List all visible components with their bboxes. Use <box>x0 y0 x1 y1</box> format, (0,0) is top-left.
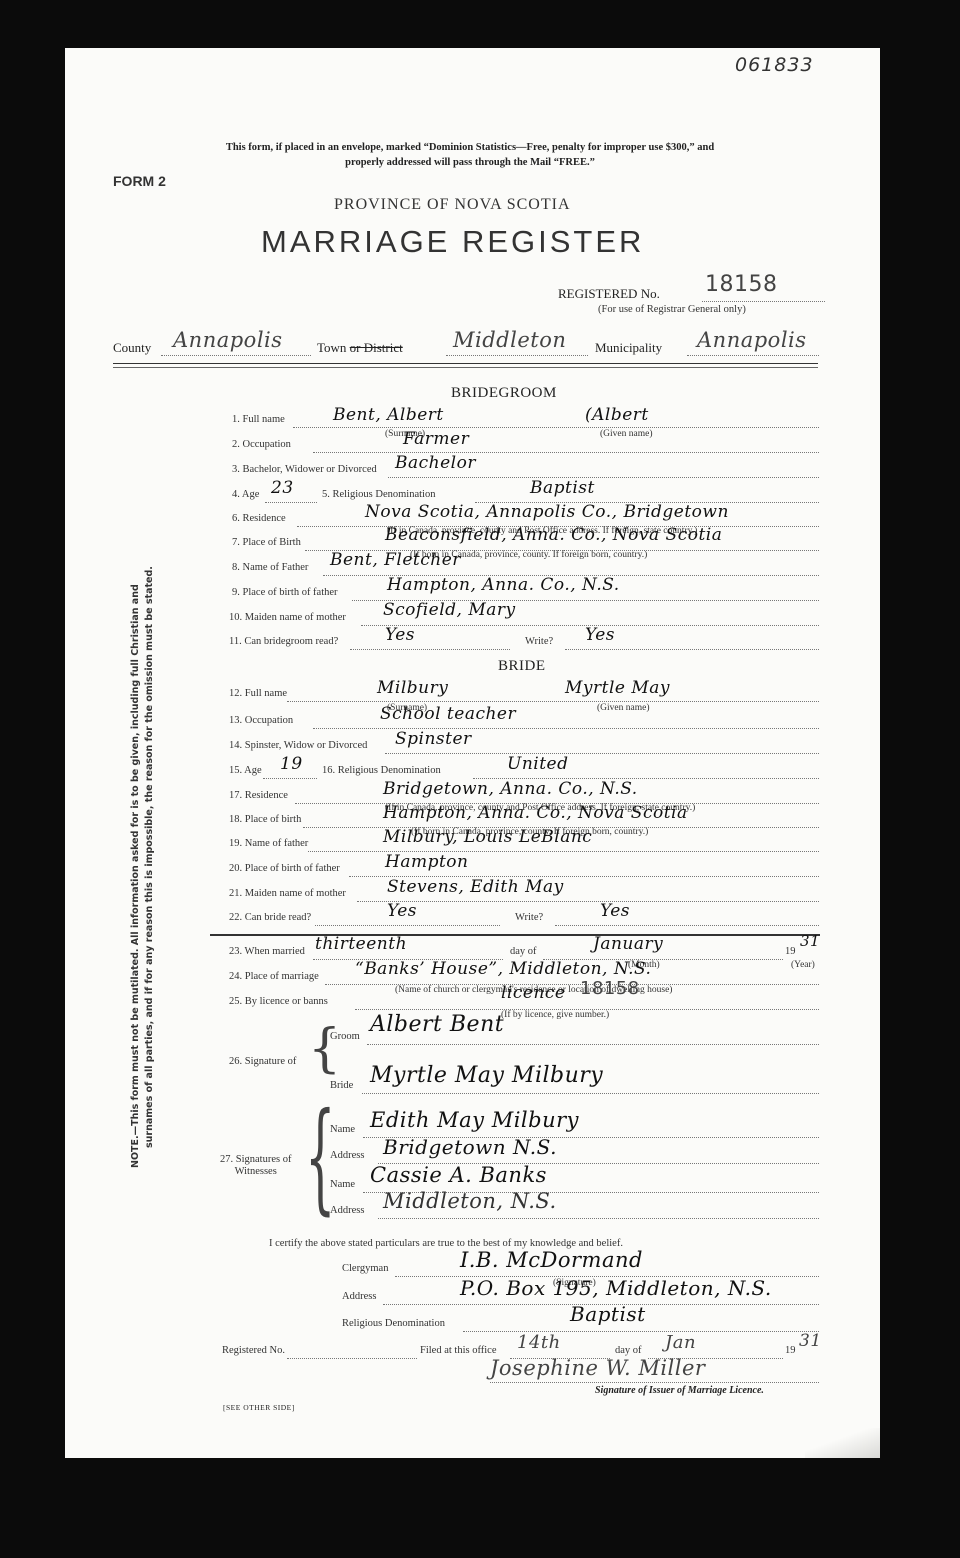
witness-2-name-label: Name <box>330 1179 355 1190</box>
filing-registered-number-label: Registered No. <box>222 1345 285 1356</box>
groom-occupation-value: Farmer <box>403 429 469 449</box>
licence-or-banns-label: 25. By licence or banns <box>229 996 328 1007</box>
groom-age-value: 23 <box>271 478 294 498</box>
town-label-text: Town <box>317 340 350 355</box>
registered-number-label: REGISTERED No. <box>558 286 660 302</box>
registrar-note: (For use of Registrar General only) <box>598 304 746 315</box>
witness-2-address-label: Address <box>330 1205 364 1216</box>
bride-religion-label: 16. Religious Denomination <box>322 765 441 776</box>
witness-2-address-line <box>378 1218 819 1219</box>
groom-occupation-line <box>313 452 819 453</box>
filing-registered-number-line <box>287 1358 417 1359</box>
form-number: FORM 2 <box>113 173 166 189</box>
when-married-month-value: January <box>593 934 663 954</box>
bridegroom-heading: BRIDEGROOM <box>451 385 557 402</box>
groom-surname-value: Bent, Albert <box>333 405 444 425</box>
groom-full-name-label: 1. Full name <box>232 414 285 425</box>
filed-year-value: 31 <box>799 1331 822 1351</box>
bride-full-name-label: 12. Full name <box>229 688 287 699</box>
witness-1-name-value: Edith May Milbury <box>370 1108 579 1132</box>
groom-marital-status-label: 3. Bachelor, Widower or Divorced <box>232 464 377 475</box>
groom-father-birthplace-value: Hampton, Anna. Co., N.S. <box>387 575 620 595</box>
bride-occupation-line <box>313 728 819 729</box>
when-married-label: 23. When married <box>229 946 305 957</box>
bride-can-write-label: Write? <box>515 912 543 923</box>
bride-mother-maiden-name-value: Stevens, Edith May <box>387 877 564 897</box>
witnesses-label-line-2: Witnesses <box>220 1166 291 1178</box>
groom-can-read-value: Yes <box>385 625 415 645</box>
filed-day-value: 14th <box>517 1332 561 1353</box>
witness-2-address-value: Middleton, N.S. <box>383 1189 557 1213</box>
bride-age-value: 19 <box>280 754 303 774</box>
side-note-line-1: NOTE.—This form must not be mutilated. A… <box>129 566 143 1168</box>
bride-mother-maiden-name-line <box>357 901 819 902</box>
groom-signature-value: Albert Bent <box>370 1012 504 1037</box>
witness-2-name-value: Cassie A. Banks <box>370 1163 547 1187</box>
bride-birthplace-value: Hampton, Anna. Co., Nova Scotia <box>383 803 688 823</box>
groom-full-name-line <box>293 427 819 428</box>
groom-birthplace-value: Beaconsfield, Anna. Co., Nova Scotia <box>385 525 722 545</box>
filed-year-prefix: 19 <box>785 1345 796 1356</box>
signature-of-label: 26. Signature of <box>229 1056 296 1067</box>
issuer-signature-line <box>490 1382 819 1383</box>
issuer-signature-caption: Signature of Issuer of Marriage Licence. <box>595 1385 764 1396</box>
groom-signature-label: Groom <box>330 1031 360 1042</box>
county-value: Annapolis <box>173 328 283 352</box>
bride-can-write-value: Yes <box>600 901 630 921</box>
groom-can-write-line <box>565 649 819 650</box>
bride-can-write-line <box>555 925 819 926</box>
groom-signature-line <box>367 1044 819 1045</box>
clergyman-label: Clergyman <box>342 1263 388 1274</box>
mail-notice-line-1: This form, if placed in an envelope, mar… <box>150 140 790 155</box>
year-caption: (Year) <box>791 960 815 970</box>
bride-father-name-value: Milbury, Louis LeBlanc <box>383 827 592 847</box>
bride-given-name-value: Myrtle May <box>565 678 670 698</box>
groom-marital-status-value: Bachelor <box>395 453 476 473</box>
groom-given-name-caption: (Given name) <box>600 429 653 439</box>
groom-can-read-line <box>350 649 510 650</box>
groom-can-read-label: 11. Can bridegroom read? <box>229 636 338 647</box>
place-of-marriage-label: 24. Place of marriage <box>229 971 319 982</box>
bride-mother-maiden-name-label: 21. Maiden name of mother <box>229 888 346 899</box>
clergyman-denomination-value: Baptist <box>570 1302 646 1326</box>
groom-father-birthplace-label: 9. Place of birth of father <box>232 587 338 598</box>
bride-section-divider <box>210 934 820 936</box>
witness-1-address-value: Bridgetown N.S. <box>383 1135 557 1159</box>
see-other-side-note: [SEE OTHER SIDE] <box>223 1403 295 1412</box>
bride-heading: BRIDE <box>498 658 546 675</box>
place-of-marriage-value: “Banks’ House”, Middleton, N.S. <box>355 959 651 979</box>
bride-father-birthplace-value: Hampton <box>385 852 468 872</box>
clergyman-denomination-label: Religious Denomination <box>342 1318 445 1329</box>
county-label: County <box>113 340 151 356</box>
bride-religion-value: United <box>507 754 569 774</box>
groom-marital-status-line <box>388 477 819 478</box>
groom-residence-value: Nova Scotia, Annapolis Co., Bridgetown <box>365 502 729 522</box>
bride-residence-label: 17. Residence <box>229 790 288 801</box>
bride-signature-line <box>362 1093 819 1094</box>
municipality-label: Municipality <box>595 340 662 356</box>
clergyman-address-label: Address <box>342 1291 376 1302</box>
bride-can-read-label: 22. Can bride read? <box>229 912 311 923</box>
groom-father-name-value: Bent, Fletcher <box>330 550 461 570</box>
witness-1-name-label: Name <box>330 1124 355 1135</box>
bride-can-read-line <box>315 925 500 926</box>
marriage-register-form: 061833 This form, if placed in an envelo… <box>65 48 880 1458</box>
side-note: NOTE.—This form must not be mutilated. A… <box>129 566 157 1168</box>
mail-notice: This form, if placed in an envelope, mar… <box>150 140 790 170</box>
bride-can-read-value: Yes <box>387 901 417 921</box>
town-label: Town or District <box>317 340 403 356</box>
bride-marital-status-label: 14. Spinster, Widow or Divorced <box>229 740 367 751</box>
filed-day-of-label: day of <box>615 1345 642 1356</box>
groom-age-label: 4. Age <box>232 489 259 500</box>
witness-1-address-label: Address <box>330 1150 364 1161</box>
bride-father-name-label: 19. Name of father <box>229 838 308 849</box>
bride-birthplace-label: 18. Place of birth <box>229 814 301 825</box>
groom-father-name-label: 8. Name of Father <box>232 562 308 573</box>
town-value: Middleton <box>453 328 566 352</box>
registered-number-value: 18158 <box>705 272 778 297</box>
groom-birthplace-label: 7. Place of Birth <box>232 537 301 548</box>
licence-number-value: 18158 <box>580 978 640 999</box>
issuer-signature-value: Josephine W. Miller <box>490 1356 705 1380</box>
bride-marital-status-value: Spinster <box>395 729 472 749</box>
day-of-label: day of <box>510 946 537 957</box>
filed-month-value: Jan <box>665 1332 696 1353</box>
bride-signature-value: Myrtle May Milbury <box>370 1063 603 1088</box>
groom-age-line <box>265 502 317 503</box>
municipality-value: Annapolis <box>697 328 807 352</box>
clergyman-signature-value: I.B. McDormand <box>460 1248 643 1272</box>
municipality-line <box>687 355 819 356</box>
bride-father-birthplace-label: 20. Place of birth of father <box>229 863 340 874</box>
bride-surname-value: Milbury <box>377 678 448 698</box>
page-title: MARRIAGE REGISTER <box>261 224 644 260</box>
bride-occupation-value: School teacher <box>380 704 516 724</box>
witnesses-label: 27. Signatures of Witnesses <box>220 1154 291 1178</box>
province-heading: PROVINCE OF NOVA SCOTIA <box>334 196 571 214</box>
groom-mother-maiden-name-value: Scofield, Mary <box>383 600 516 620</box>
bride-given-name-caption: (Given name) <box>597 703 650 713</box>
header-divider-2 <box>113 367 818 368</box>
bride-age-line <box>263 778 317 779</box>
year-prefix: 19 <box>785 946 796 957</box>
groom-can-write-label: Write? <box>525 636 553 647</box>
licence-caption: (If by licence, give number.) <box>501 1010 609 1020</box>
groom-residence-label: 6. Residence <box>232 513 286 524</box>
county-line <box>161 355 311 356</box>
registered-number-line <box>702 301 825 302</box>
paper-corner-fold <box>805 1428 880 1458</box>
groom-religion-label: 5. Religious Denomination <box>322 489 435 500</box>
document-stamp-number: 061833 <box>735 54 814 76</box>
town-line <box>446 355 588 356</box>
when-married-day-value: thirteenth <box>315 934 407 954</box>
bride-full-name-line <box>287 701 819 702</box>
mail-notice-line-2: properly addressed will pass through the… <box>150 155 790 170</box>
groom-mother-maiden-name-label: 10. Maiden name of mother <box>229 612 346 623</box>
bride-marital-status-line <box>385 753 819 754</box>
bride-age-label: 15. Age <box>229 765 262 776</box>
bride-residence-value: Bridgetown, Anna. Co., N.S. <box>383 779 638 799</box>
district-label-struck: or District <box>350 340 403 355</box>
licence-or-banns-value: licence <box>501 983 566 1003</box>
filed-at-office-label: Filed at this office <box>420 1345 497 1356</box>
groom-given-name-value: (Albert <box>585 405 649 425</box>
when-married-year-value: 31 <box>800 932 820 950</box>
bride-occupation-label: 13. Occupation <box>229 715 293 726</box>
header-divider <box>113 363 818 364</box>
witnesses-label-line-1: 27. Signatures of <box>220 1154 291 1166</box>
groom-occupation-label: 2. Occupation <box>232 439 291 450</box>
groom-religion-value: Baptist <box>530 478 595 498</box>
clergyman-address-value: P.O. Box 195, Middleton, N.S. <box>460 1276 772 1300</box>
side-note-line-2: surnames of all parties, and if for any … <box>143 566 157 1168</box>
groom-can-write-value: Yes <box>585 625 615 645</box>
